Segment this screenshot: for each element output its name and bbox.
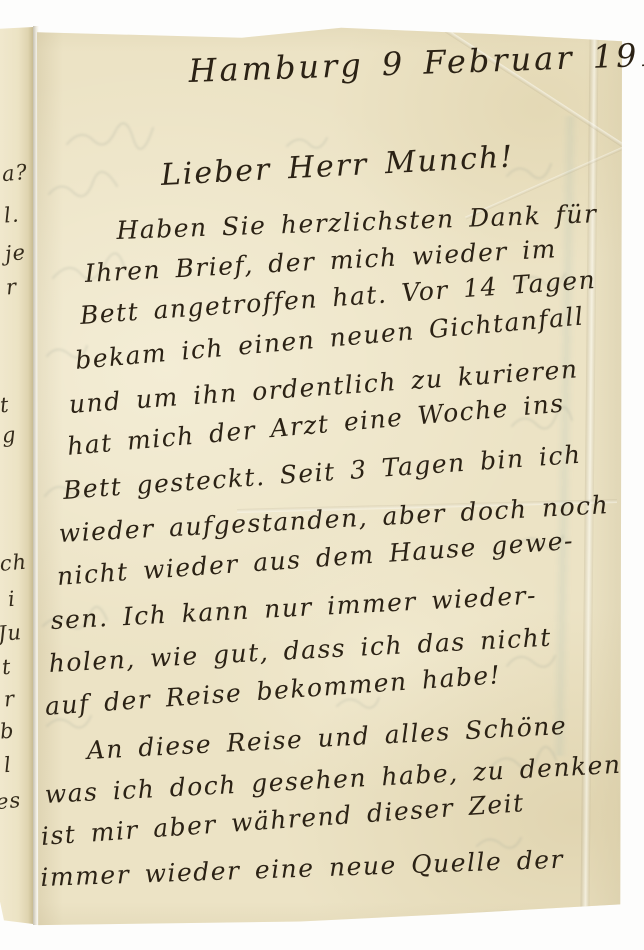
left-page-text-fragment: l	[3, 753, 13, 778]
left-page-text-fragment: g	[1, 422, 17, 447]
left-page-text-fragment: Ju	[0, 620, 23, 646]
adjacent-page-strip: a? l. je r t g ich i Ju t r b l es	[0, 27, 33, 924]
left-page-text-fragment: es	[0, 788, 22, 814]
letter-scan: a? l. je r t g ich i Ju t r b l es	[0, 0, 644, 950]
left-page-text-fragment: a?	[1, 160, 29, 186]
left-page-text-fragment: t	[1, 655, 13, 680]
left-page-text-fragment: l.	[3, 202, 20, 227]
left-page-text-fragment: r	[5, 275, 18, 300]
left-page-text-fragment: je	[4, 240, 27, 266]
left-page-text-fragment: r	[3, 687, 16, 712]
ink-smudge	[462, 912, 522, 924]
left-page-text-fragment: t	[0, 393, 10, 418]
vertical-crease	[580, 26, 598, 926]
left-page-text-fragment: ich	[0, 550, 28, 577]
left-page-text-fragment: b	[0, 718, 15, 743]
left-page-text-fragment: i	[7, 587, 17, 612]
